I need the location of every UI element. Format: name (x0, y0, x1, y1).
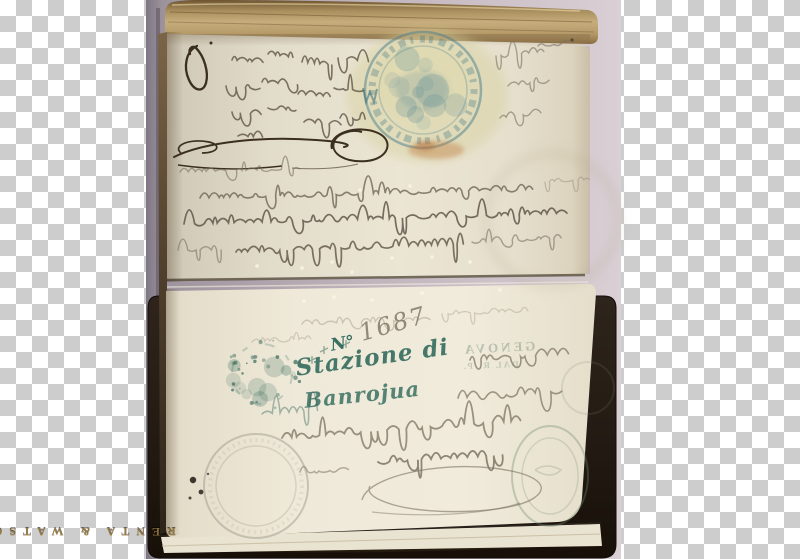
stamp-splotch-speck (276, 355, 280, 359)
stamp-splotch-speck (253, 360, 256, 363)
round-ink-stamp-blob (395, 46, 420, 71)
stamp-splotch-speck (262, 358, 266, 362)
stamp-splotch-speck (241, 372, 244, 375)
round-ink-stamp-blob (418, 58, 433, 73)
stamp-splotch-speck (255, 401, 258, 404)
stamp-splotch-speck (232, 354, 236, 358)
round-ink-stamp-blob (416, 115, 431, 130)
paper-speck (420, 291, 424, 295)
round-ink-stamp-blob (444, 93, 467, 116)
round-ink-stamp-blob (412, 86, 424, 98)
stamp-splotch-speck (233, 361, 237, 365)
mirrored-offset-text-line2: DAL R. P. (462, 359, 519, 371)
bottom-page-gutter-shade (166, 289, 180, 535)
cover-embossed-text: RENTA & WATSON (0, 524, 238, 539)
paper-speck (332, 295, 336, 299)
paper-speck (468, 260, 472, 264)
stamp-splotch-speck (251, 355, 255, 359)
ink-dot (210, 42, 213, 45)
stamp-splotch-speck (231, 388, 234, 391)
ink-spot (190, 477, 196, 483)
round-ink-stamp-blob (396, 96, 417, 117)
book-photo (0, 0, 800, 559)
paper-speck (390, 256, 394, 260)
stamp-splotch-speck (230, 355, 233, 358)
stamp-splotch-speck (274, 406, 277, 409)
paper-speck (370, 298, 374, 302)
stamp-splotch-speck (266, 365, 270, 369)
paper-speck (350, 270, 354, 274)
paper-speck (430, 255, 434, 259)
paper-speck (408, 184, 412, 188)
ink-spot (199, 490, 204, 495)
stamp-splotch-speck (239, 388, 241, 390)
ink-spot (207, 473, 209, 475)
paper-speck (255, 264, 259, 268)
paper-speck (330, 260, 334, 264)
paper-speck (300, 266, 304, 270)
stamp-splotch-speck (246, 363, 248, 365)
stamp-splotch-blob (248, 378, 266, 396)
stamp-splotch-speck (232, 382, 236, 386)
round-ink-stamp-blob (423, 94, 446, 117)
round-ink-stamp-blob (384, 72, 400, 88)
paper-speck (358, 188, 362, 192)
paper-speck (498, 288, 502, 292)
ink-spot (189, 497, 192, 500)
stamp-splotch-speck (276, 393, 280, 397)
stamp-splotch-speck (238, 368, 241, 371)
stamp-splotch-speck (250, 401, 254, 405)
image-canvas: N° 1687 Stazione di Banrojua GENOVA DAL … (0, 0, 800, 559)
stamp-splotch-speck (259, 340, 263, 344)
stamp-splotch-speck (272, 340, 274, 342)
paper-speck (302, 299, 306, 303)
orange-smudge (415, 141, 435, 151)
